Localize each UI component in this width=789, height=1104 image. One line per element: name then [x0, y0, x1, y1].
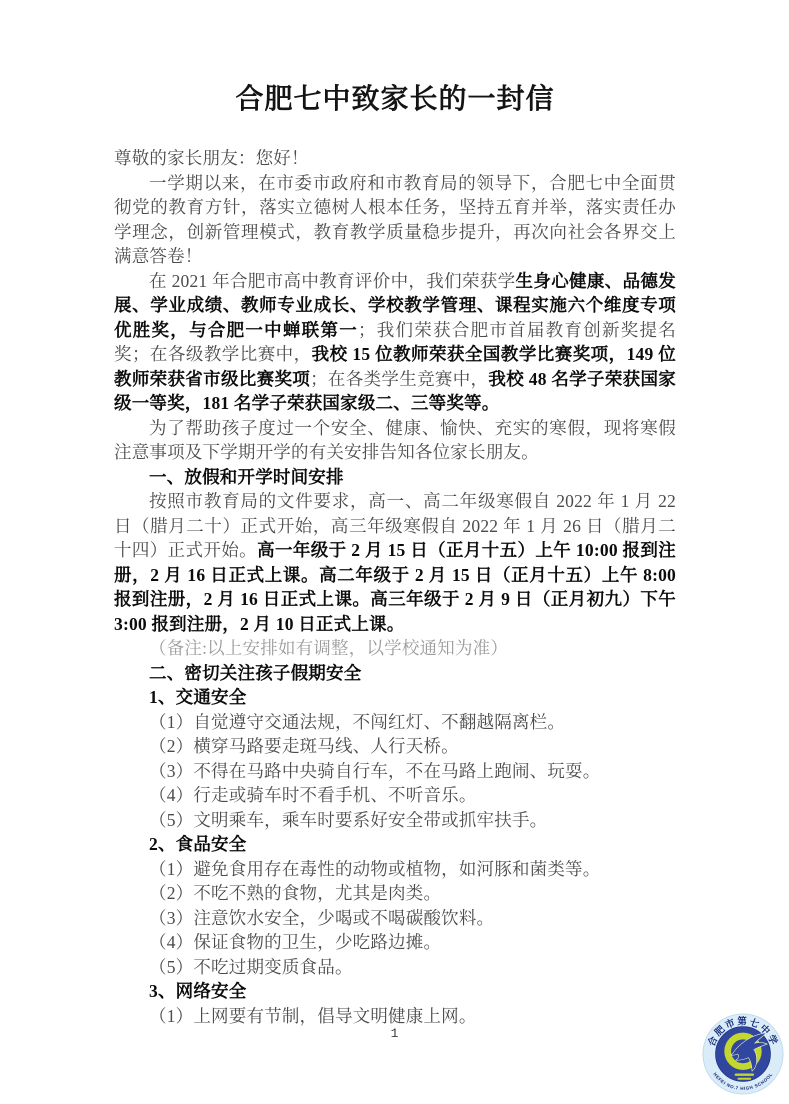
scanned-letter-page: 合肥七中致家长的一封信 尊敬的家长朋友：您好！ 一学期以来，在市委市政府和市教育… [0, 0, 789, 1104]
list-item: （3）不得在马路中央骑自行车，不在马路上跑闹、玩耍。 [114, 759, 676, 784]
text-run-normal: 在 2021 年合肥市高中教育评价中，我们荣获学 [149, 271, 516, 291]
school-logo: 合肥市第七中学 HEFEI NO.7 HIGH SCHOOL [698, 1007, 788, 1101]
list-item: （4）保证食物的卫生，少吃路边摊。 [114, 930, 676, 955]
list-item: （1）避免食用存在毒性的动物或植物，如河豚和菌类等。 [114, 857, 676, 882]
page-title: 合肥七中致家长的一封信 [114, 84, 676, 116]
page-number: 1 [0, 1026, 789, 1041]
subsection-network-heading: 3、网络安全 [114, 979, 676, 1004]
paragraph-purpose: 为了帮助孩子度过一个安全、健康、愉快、充实的寒假，现将寒假注意事项及下学期开学的… [114, 416, 676, 465]
text-run-normal: ；在各类学生竞赛中， [310, 369, 488, 389]
section2-heading: 二、密切关注孩子假期安全 [114, 661, 676, 686]
list-item: （2）横穿马路要走斑马线、人行天桥。 [114, 734, 676, 759]
letter-body: 合肥七中致家长的一封信 尊敬的家长朋友：您好！ 一学期以来，在市委市政府和市教育… [114, 84, 676, 1028]
list-item: （1）自觉遵守交通法规，不闯红灯、不翻越隔离栏。 [114, 710, 676, 735]
salutation: 尊敬的家长朋友：您好！ [114, 146, 676, 171]
list-item: （5）不吃过期变质食品。 [114, 955, 676, 980]
list-item: （4）行走或骑车时不看手机、不听音乐。 [114, 783, 676, 808]
section1-heading: 一、放假和开学时间安排 [114, 465, 676, 490]
paragraph-awards: 在 2021 年合肥市高中教育评价中，我们荣获学生身心健康、品德发展、学业成绩、… [114, 269, 676, 416]
list-item: （1）上网要有节制，倡导文明健康上网。 [114, 1004, 676, 1029]
paragraph-schedule: 按照市教育局的文件要求，高一、高二年级寒假自 2022 年 1 月 22 日（腊… [114, 489, 676, 636]
list-item: （3）注意饮水安全，少喝或不喝碳酸饮料。 [114, 906, 676, 931]
list-item: （2）不吃不熟的食物，尤其是肉类。 [114, 881, 676, 906]
list-item: （5）文明乘车，乘车时要系好安全带或抓牢扶手。 [114, 808, 676, 833]
subsection-food-heading: 2、食品安全 [114, 832, 676, 857]
paragraph-intro: 一学期以来，在市委市政府和市教育局的领导下，合肥七中全面贯彻党的教育方针，落实立… [114, 171, 676, 269]
subsection-traffic-heading: 1、交通安全 [114, 685, 676, 710]
schedule-note: （备注:以上安排如有调整，以学校通知为准） [114, 636, 676, 661]
